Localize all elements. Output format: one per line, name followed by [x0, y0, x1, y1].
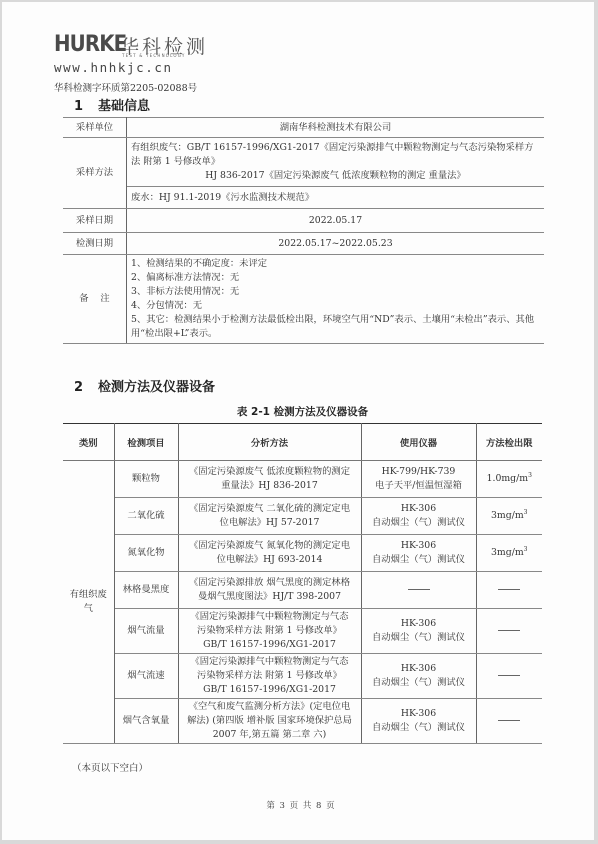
label-sampling-method: 采样方法 [63, 138, 127, 209]
item-cell: 烟气流速 [114, 654, 178, 699]
table-2-1-caption: 表 2-1 检测方法及仪器设备 [63, 404, 542, 419]
col-header-instrument: 使用仪器 [361, 424, 476, 461]
empty-dash [408, 589, 430, 590]
section-1-number: 1 [74, 99, 98, 114]
col-header-method: 分析方法 [178, 424, 361, 461]
company-website: www.hnhkjc.cn [54, 60, 173, 75]
table-row: 有组织废气 颗粒物 《固定污染源废气 低浓度颗粒物的测定 重量法》HJ 836-… [63, 461, 542, 498]
remark-item-3: 3、非标方法使用情况：无 [131, 285, 540, 299]
instrument-name: 自动烟尘（气）测试仪 [366, 676, 472, 690]
value-test-date: 2022.05.17~2022.05.23 [127, 233, 545, 255]
label-sampling-unit: 采样单位 [63, 118, 127, 138]
instrument-model: HK-306 [366, 539, 472, 553]
limit-superscript: 3 [524, 546, 528, 553]
instrument-model: HK-799/HK-739 [366, 465, 472, 479]
section-2-heading: 2检测方法及仪器设备 [74, 376, 215, 395]
table-row: 氮氧化物 《固定污染源废气 氮氧化物的测定定电位电解法》HJ 693-2014 … [63, 535, 542, 572]
remark-item-2: 2、偏离标准方法情况：无 [131, 271, 540, 285]
row-sampling-date: 采样日期 2022.05.17 [63, 209, 544, 233]
item-cell: 颗粒物 [114, 461, 178, 498]
method-cell: 《固定污染源废气 二氧化硫的测定定电位电解法》HJ 57-2017 [178, 498, 361, 535]
limit-superscript: 3 [528, 472, 532, 479]
method-cell: 《固定污染源排气中颗粒物测定与气态污染物采样方法 附第 1 号修改单》GB/T … [178, 609, 361, 654]
limit-cell: 3mg/m3 [476, 535, 542, 572]
instrument-name: 自动烟尘（气）测试仪 [366, 553, 472, 567]
item-cell: 氮氧化物 [114, 535, 178, 572]
row-test-date: 检测日期 2022.05.17~2022.05.23 [63, 233, 544, 255]
sampling-method-line-1: 有组织废气：GB/T 16157-1996/XG1-2017《固定污染源排气中颗… [131, 141, 540, 169]
limit-value: 1.0mg/m [487, 473, 529, 484]
instrument-cell: HK-799/HK-739电子天平/恒温恒湿箱 [361, 461, 476, 498]
table-row: 林格曼黑度 《固定污染源排放 烟气黑度的测定林格曼烟气黑度图法》HJ/T 398… [63, 572, 542, 609]
empty-dash [498, 630, 520, 631]
limit-cell: 1.0mg/m3 [476, 461, 542, 498]
remark-item-5: 5、其它：检测结果小于检测方法最低检出限，环境空气用“ND”表示、土壤用“未检出… [131, 313, 540, 341]
section-1-heading: 1基础信息 [74, 95, 150, 114]
limit-cell [476, 699, 542, 744]
limit-cell [476, 572, 542, 609]
instrument-cell: HK-306自动烟尘（气）测试仪 [361, 498, 476, 535]
col-header-detection-limit: 方法检出限 [476, 424, 542, 461]
value-sampling-date: 2022.05.17 [127, 209, 545, 233]
instrument-name: 自动烟尘（气）测试仪 [366, 631, 472, 645]
company-logo: HURKE 华科检测 TEST & TECHNOLOGY [54, 32, 134, 57]
table-row: 烟气含氧量 《空气和废气监测分析方法》(定电位电解法) (第四版 增补版 国家环… [63, 699, 542, 744]
instrument-cell: HK-306自动烟尘（气）测试仪 [361, 535, 476, 572]
method-cell: 《固定污染源废气 氮氧化物的测定定电位电解法》HJ 693-2014 [178, 535, 361, 572]
row-remarks: 备 注 1、检测结果的不确定度：未评定 2、偏离标准方法情况：无 3、非标方法使… [63, 255, 544, 344]
logo-brand-text: HURKE [54, 32, 126, 57]
value-sampling-unit: 湖南华科检测技术有限公司 [127, 118, 545, 138]
limit-value: 3mg/m [491, 510, 524, 521]
limit-value: 3mg/m [491, 547, 524, 558]
label-remarks: 备 注 [63, 255, 127, 344]
empty-dash [498, 720, 520, 721]
method-cell: 《固定污染源排气中颗粒物测定与气态污染物采样方法 附第 1 号修改单》GB/T … [178, 654, 361, 699]
instrument-name: 自动烟尘（气）测试仪 [366, 516, 472, 530]
section-2-number: 2 [74, 380, 98, 395]
row-sampling-unit: 采样单位 湖南华科检测技术有限公司 [63, 118, 544, 138]
remark-item-4: 4、分包情况：无 [131, 299, 540, 313]
value-remarks: 1、检测结果的不确定度：未评定 2、偏离标准方法情况：无 3、非标方法使用情况：… [127, 255, 545, 344]
item-cell: 烟气含氧量 [114, 699, 178, 744]
section-1-title: 基础信息 [98, 99, 150, 114]
col-header-item: 检测项目 [114, 424, 178, 461]
section-2-title: 检测方法及仪器设备 [98, 380, 215, 395]
col-header-category: 类别 [63, 424, 114, 461]
basic-info-table: 采样单位 湖南华科检测技术有限公司 采样方法 有组织废气：GB/T 16157-… [63, 117, 544, 344]
category-cell: 有组织废气 [63, 461, 114, 744]
method-cell: 《固定污染源废气 低浓度颗粒物的测定 重量法》HJ 836-2017 [178, 461, 361, 498]
instrument-model: HK-306 [366, 617, 472, 631]
table-header-row: 类别 检测项目 分析方法 使用仪器 方法检出限 [63, 424, 542, 461]
row-sampling-method: 采样方法 有组织废气：GB/T 16157-1996/XG1-2017《固定污染… [63, 138, 544, 187]
table-row: 烟气流量 《固定污染源排气中颗粒物测定与气态污染物采样方法 附第 1 号修改单》… [63, 609, 542, 654]
instrument-cell: HK-306自动烟尘（气）测试仪 [361, 654, 476, 699]
instrument-cell [361, 572, 476, 609]
report-number: 华科检测字环质第2205-02088号 [54, 80, 197, 94]
instrument-cell: HK-306自动烟尘（气）测试仪 [361, 609, 476, 654]
instrument-name: 自动烟尘（气）测试仪 [366, 721, 472, 735]
table-row: 烟气流速 《固定污染源排气中颗粒物测定与气态污染物采样方法 附第 1 号修改单》… [63, 654, 542, 699]
empty-dash [498, 675, 520, 676]
instrument-model: HK-306 [366, 662, 472, 676]
document-page: HURKE 华科检测 TEST & TECHNOLOGY www.hnhkjc.… [2, 2, 594, 840]
label-sampling-date: 采样日期 [63, 209, 127, 233]
remark-item-1: 1、检测结果的不确定度：未评定 [131, 257, 540, 271]
instrument-model: HK-306 [366, 707, 472, 721]
logo-subtitle: TEST & TECHNOLOGY [122, 53, 186, 58]
method-cell: 《空气和废气监测分析方法》(定电位电解法) (第四版 增补版 国家环境保护总局 … [178, 699, 361, 744]
sampling-method-line-3: 废水：HJ 91.1-2019《污水监测技术规范》 [127, 187, 545, 209]
page-number: 第 3 页 共 8 页 [2, 799, 598, 811]
method-cell: 《固定污染源排放 烟气黑度的测定林格曼烟气黑度图法》HJ/T 398-2007 [178, 572, 361, 609]
item-cell: 二氧化硫 [114, 498, 178, 535]
instrument-cell: HK-306自动烟尘（气）测试仪 [361, 699, 476, 744]
limit-cell: 3mg/m3 [476, 498, 542, 535]
item-cell: 烟气流量 [114, 609, 178, 654]
value-sampling-method-gas: 有组织废气：GB/T 16157-1996/XG1-2017《固定污染源排气中颗… [127, 138, 545, 187]
limit-superscript: 3 [524, 509, 528, 516]
table-row: 二氧化硫 《固定污染源废气 二氧化硫的测定定电位电解法》HJ 57-2017 H… [63, 498, 542, 535]
row-sampling-method-water: 废水：HJ 91.1-2019《污水监测技术规范》 [63, 187, 544, 209]
label-test-date: 检测日期 [63, 233, 127, 255]
blank-below-note: （本页以下空白） [72, 760, 148, 774]
sampling-method-line-2: HJ 836-2017《固定污染源废气 低浓度颗粒物的测定 重量法》 [131, 169, 540, 183]
limit-cell [476, 654, 542, 699]
empty-dash [498, 589, 520, 590]
instrument-model: HK-306 [366, 502, 472, 516]
methods-instruments-table: 类别 检测项目 分析方法 使用仪器 方法检出限 有组织废气 颗粒物 《固定污染源… [63, 423, 542, 744]
instrument-name: 电子天平/恒温恒湿箱 [366, 479, 472, 493]
item-cell: 林格曼黑度 [114, 572, 178, 609]
limit-cell [476, 609, 542, 654]
